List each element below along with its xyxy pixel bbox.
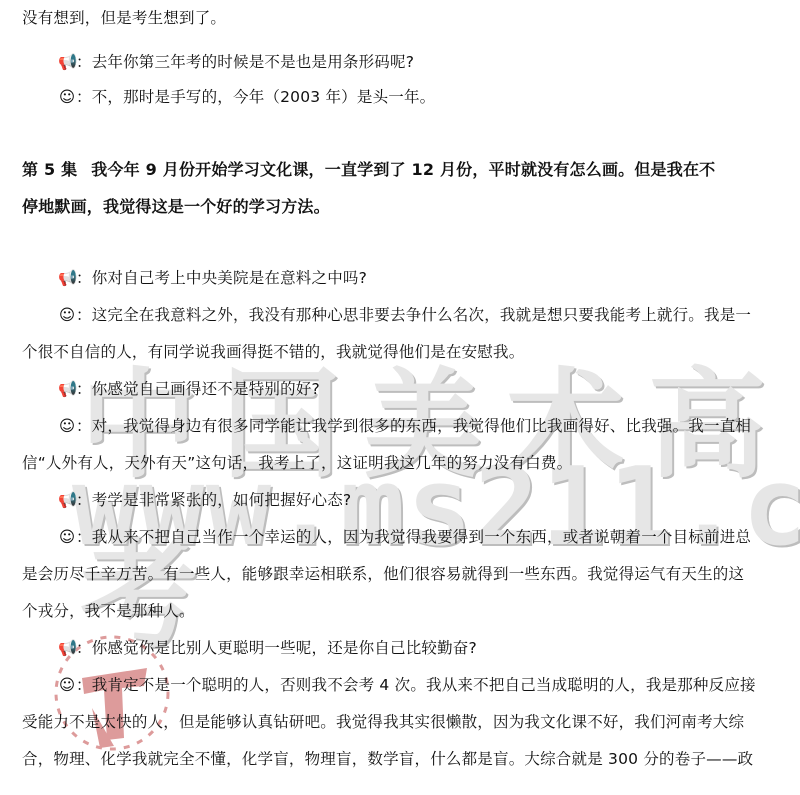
line-text: 个戎分，我不是那种人。 (22, 602, 195, 620)
line-text: ：去年你第三年考的时候是不是也是用条形码呢? (76, 53, 414, 71)
smiley-icon: ☺ (58, 305, 76, 325)
question-line: 📢：去年你第三年考的时候是不是也是用条形码呢? (58, 52, 414, 72)
paragraph-line: 没有想到，但是考生想到了。 (22, 8, 226, 28)
line-text: ：你对自己考上中央美院是在意料之中吗? (76, 269, 367, 287)
line-text: ：我肯定不是一个聪明的人，否则我不会考 4 次。我从来不把自己当成聪明的人，我是… (76, 676, 756, 694)
paragraph-line: 个很不自信的人，有同学说我画得挺不错的，我就觉得他们是在安慰我。 (22, 342, 524, 362)
line-text: 停地默画，我觉得这是一个好的学习方法。 (22, 197, 330, 216)
line-text: ：你感觉你是比别人更聪明一些呢，还是你自己比较勤奋? (76, 639, 477, 657)
line-text: 没有想到，但是考生想到了。 (22, 9, 226, 27)
answer-line: ☺：这完全在我意料之外，我没有那种心思非要去争什么名次，我就是想只要我能考上就行… (58, 305, 751, 325)
line-text: ：你感觉自己画得还不是特别的好? (76, 380, 320, 398)
episode-number: 第 5 集 (22, 160, 77, 179)
line-text: ：这完全在我意料之外，我没有那种心思非要去争什么名次，我就是想只要我能考上就行。… (76, 306, 751, 324)
paragraph-line: 受能力不是太快的人，但是能够认真钻研吧。我觉得我其实很懒散，因为我文化课不好，我… (22, 712, 744, 732)
answer-line: ☺：不，那时是手写的，今年（2003 年）是头一年。 (58, 87, 435, 107)
line-text: 个很不自信的人，有同学说我画得挺不错的，我就觉得他们是在安慰我。 (22, 343, 524, 361)
line-text: ：考学是非常紧张的，如何把握好心态? (76, 491, 351, 509)
megaphone-icon: 📢 (58, 379, 76, 399)
episode-heading: 停地默画，我觉得这是一个好的学习方法。 (22, 197, 330, 217)
paragraph-line: 个戎分，我不是那种人。 (22, 601, 195, 621)
smiley-icon: ☺ (58, 527, 76, 547)
document-page: 中国美术高考 www.ms211.com 没有想到，但是考生想到了。📢：去年你第… (0, 0, 800, 795)
megaphone-icon: 📢 (58, 52, 76, 72)
line-text: ：不，那时是手写的，今年（2003 年）是头一年。 (76, 88, 435, 106)
paragraph-line: 信“人外有人，天外有天”这句话，我考上了，这证明我这几年的努力没有白费。 (22, 453, 572, 473)
smiley-icon: ☺ (58, 675, 76, 695)
line-text: 受能力不是太快的人，但是能够认真钻研吧。我觉得我其实很懒散，因为我文化课不好，我… (22, 713, 744, 731)
answer-line: ☺：我从来不把自己当作一个幸运的人，因为我觉得我要得到一个东西，或者说朝着一个目… (58, 527, 751, 547)
megaphone-icon: 📢 (58, 638, 76, 658)
question-line: 📢：你感觉你是比别人更聪明一些呢，还是你自己比较勤奋? (58, 638, 477, 658)
smiley-icon: ☺ (58, 416, 76, 436)
megaphone-icon: 📢 (58, 268, 76, 288)
question-line: 📢：你感觉自己画得还不是特别的好? (58, 379, 320, 399)
question-line: 📢：考学是非常紧张的，如何把握好心态? (58, 490, 351, 510)
line-text: ：对，我觉得身边有很多同学能让我学到很多的东西，我觉得他们比我画得好、比我强。我… (76, 417, 751, 435)
answer-line: ☺：对，我觉得身边有很多同学能让我学到很多的东西，我觉得他们比我画得好、比我强。… (58, 416, 751, 436)
line-text: 我今年 9 月份开始学习文化课，一直学到了 12 月份，平时就没有怎么画。但是我… (91, 160, 715, 179)
episode-heading: 第 5 集我今年 9 月份开始学习文化课，一直学到了 12 月份，平时就没有怎么… (22, 160, 715, 180)
smiley-icon: ☺ (58, 87, 76, 107)
question-line: 📢：你对自己考上中央美院是在意料之中吗? (58, 268, 367, 288)
answer-line: ☺：我肯定不是一个聪明的人，否则我不会考 4 次。我从来不把自己当成聪明的人，我… (58, 675, 756, 695)
megaphone-icon: 📢 (58, 490, 76, 510)
line-text: 合，物理、化学我就完全不懂，化学盲，物理盲，数学盲，什么都是盲。大综合就是 30… (22, 750, 753, 768)
paragraph-line: 合，物理、化学我就完全不懂，化学盲，物理盲，数学盲，什么都是盲。大综合就是 30… (22, 749, 753, 769)
line-text: 是会历尽千辛万苦。有一些人，能够跟幸运相联系，他们很容易就得到一些东西。我觉得运… (22, 565, 744, 583)
line-text: 信“人外有人，天外有天”这句话，我考上了，这证明我这几年的努力没有白费。 (22, 454, 572, 472)
paragraph-line: 是会历尽千辛万苦。有一些人，能够跟幸运相联系，他们很容易就得到一些东西。我觉得运… (22, 564, 744, 584)
line-text: ：我从来不把自己当作一个幸运的人，因为我觉得我要得到一个东西，或者说朝着一个目标… (76, 528, 751, 546)
